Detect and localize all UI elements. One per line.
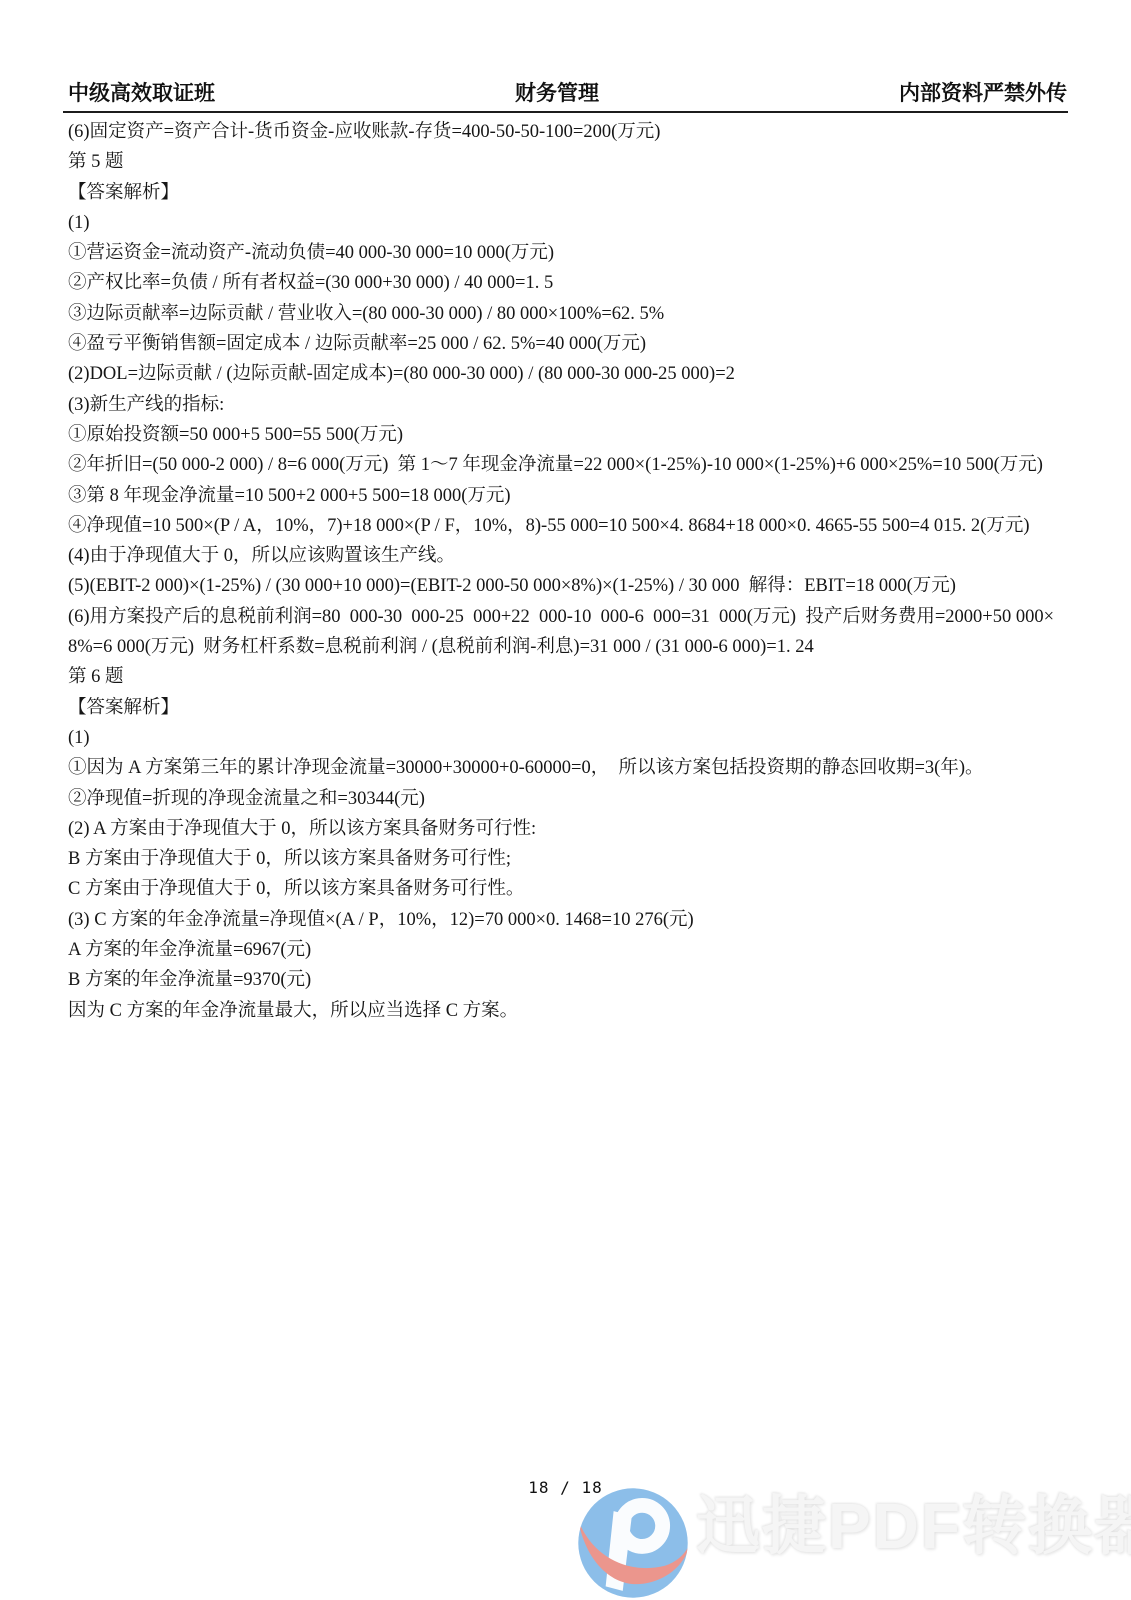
body-line: 第 6 题 xyxy=(68,662,1066,692)
watermark: 迅捷PDF转换器 xyxy=(576,1486,1131,1600)
body-line: ②年折旧=(50 000-2 000) / 8=6 000(万元) 第 1～7 … xyxy=(68,450,1066,480)
body-line: (1) xyxy=(68,723,1066,753)
body-line: (1) xyxy=(68,208,1066,238)
body-line: 【答案解析】 xyxy=(68,178,1066,208)
body-line: 第 5 题 xyxy=(68,147,1066,177)
body-line: ③边际贡献率=边际贡献 / 营业收入=(80 000-30 000) / 80 … xyxy=(68,299,1066,329)
pdf-converter-logo-icon xyxy=(576,1486,690,1600)
body-line: ②净现值=折现的净现金流量之和=30344(元) xyxy=(68,784,1066,814)
body-line: 【答案解析】 xyxy=(68,693,1066,723)
body-line: B 方案由于净现值大于 0，所以该方案具备财务可行性; xyxy=(68,844,1066,874)
body-line: (4)由于净现值大于 0，所以应该购置该生产线。 xyxy=(68,541,1066,571)
body-line: (6)固定资产=资产合计-货币资金-应收账款-存货=400-50-50-100=… xyxy=(68,117,1066,147)
body-line: ③第 8 年现金净流量=10 500+2 000+5 500=18 000(万元… xyxy=(68,481,1066,511)
header-course-title: 中级高效取证班 xyxy=(68,82,215,106)
body-line: (3) C 方案的年金净流量=净现值×(A / P，10%，12)=70 000… xyxy=(68,905,1066,935)
body-line: (2)DOL=边际贡献 / (边际贡献-固定成本)=(80 000-30 000… xyxy=(68,359,1066,389)
body-line: ②产权比率=负债 / 所有者权益=(30 000+30 000) / 40 00… xyxy=(68,268,1066,298)
body-line: ①营运资金=流动资产-流动负债=40 000-30 000=10 000(万元) xyxy=(68,238,1066,268)
body-line: B 方案的年金净流量=9370(元) xyxy=(68,965,1066,995)
body-line: (5)(EBIT-2 000)×(1-25%) / (30 000+10 000… xyxy=(68,571,1066,601)
body-line: (2) A 方案由于净现值大于 0，所以该方案具备财务可行性: xyxy=(68,814,1066,844)
page-number: 18 / 18 xyxy=(0,1478,1131,1497)
body-line: ①因为 A 方案第三年的累计净现金流量=30000+30000+0-60000=… xyxy=(68,753,1066,783)
body-line: 因为 C 方案的年金净流量最大，所以应当选择 C 方案。 xyxy=(68,996,1066,1026)
body-line: C 方案由于净现值大于 0，所以该方案具备财务可行性。 xyxy=(68,874,1066,904)
body-line: ④净现值=10 500×(P / A，10%，7)+18 000×(P / F，… xyxy=(68,511,1066,541)
watermark-text: 迅捷PDF转换器 xyxy=(696,1494,1131,1558)
body-line: ①原始投资额=50 000+5 500=55 500(万元) xyxy=(68,420,1066,450)
header-confidential-notice: 内部资料严禁外传 xyxy=(899,82,1067,106)
body-line: (6)用方案投产后的息税前利润=80 000-30 000-25 000+22 … xyxy=(68,602,1066,663)
header-subject-title: 财务管理 xyxy=(515,82,599,106)
body-line: ④盈亏平衡销售额=固定成本 / 边际贡献率=25 000 / 62. 5%=40… xyxy=(68,329,1066,359)
body-line: A 方案的年金净流量=6967(元) xyxy=(68,935,1066,965)
body-line: (3)新生产线的指标: xyxy=(68,390,1066,420)
answer-content: (6)固定资产=资产合计-货币资金-应收账款-存货=400-50-50-100=… xyxy=(68,117,1066,1026)
page-header: 中级高效取证班 财务管理 内部资料严禁外传 xyxy=(68,82,1067,106)
header-divider xyxy=(63,111,1068,113)
document-page: 中级高效取证班 财务管理 内部资料严禁外传 (6)固定资产=资产合计-货币资金-… xyxy=(0,0,1131,1600)
